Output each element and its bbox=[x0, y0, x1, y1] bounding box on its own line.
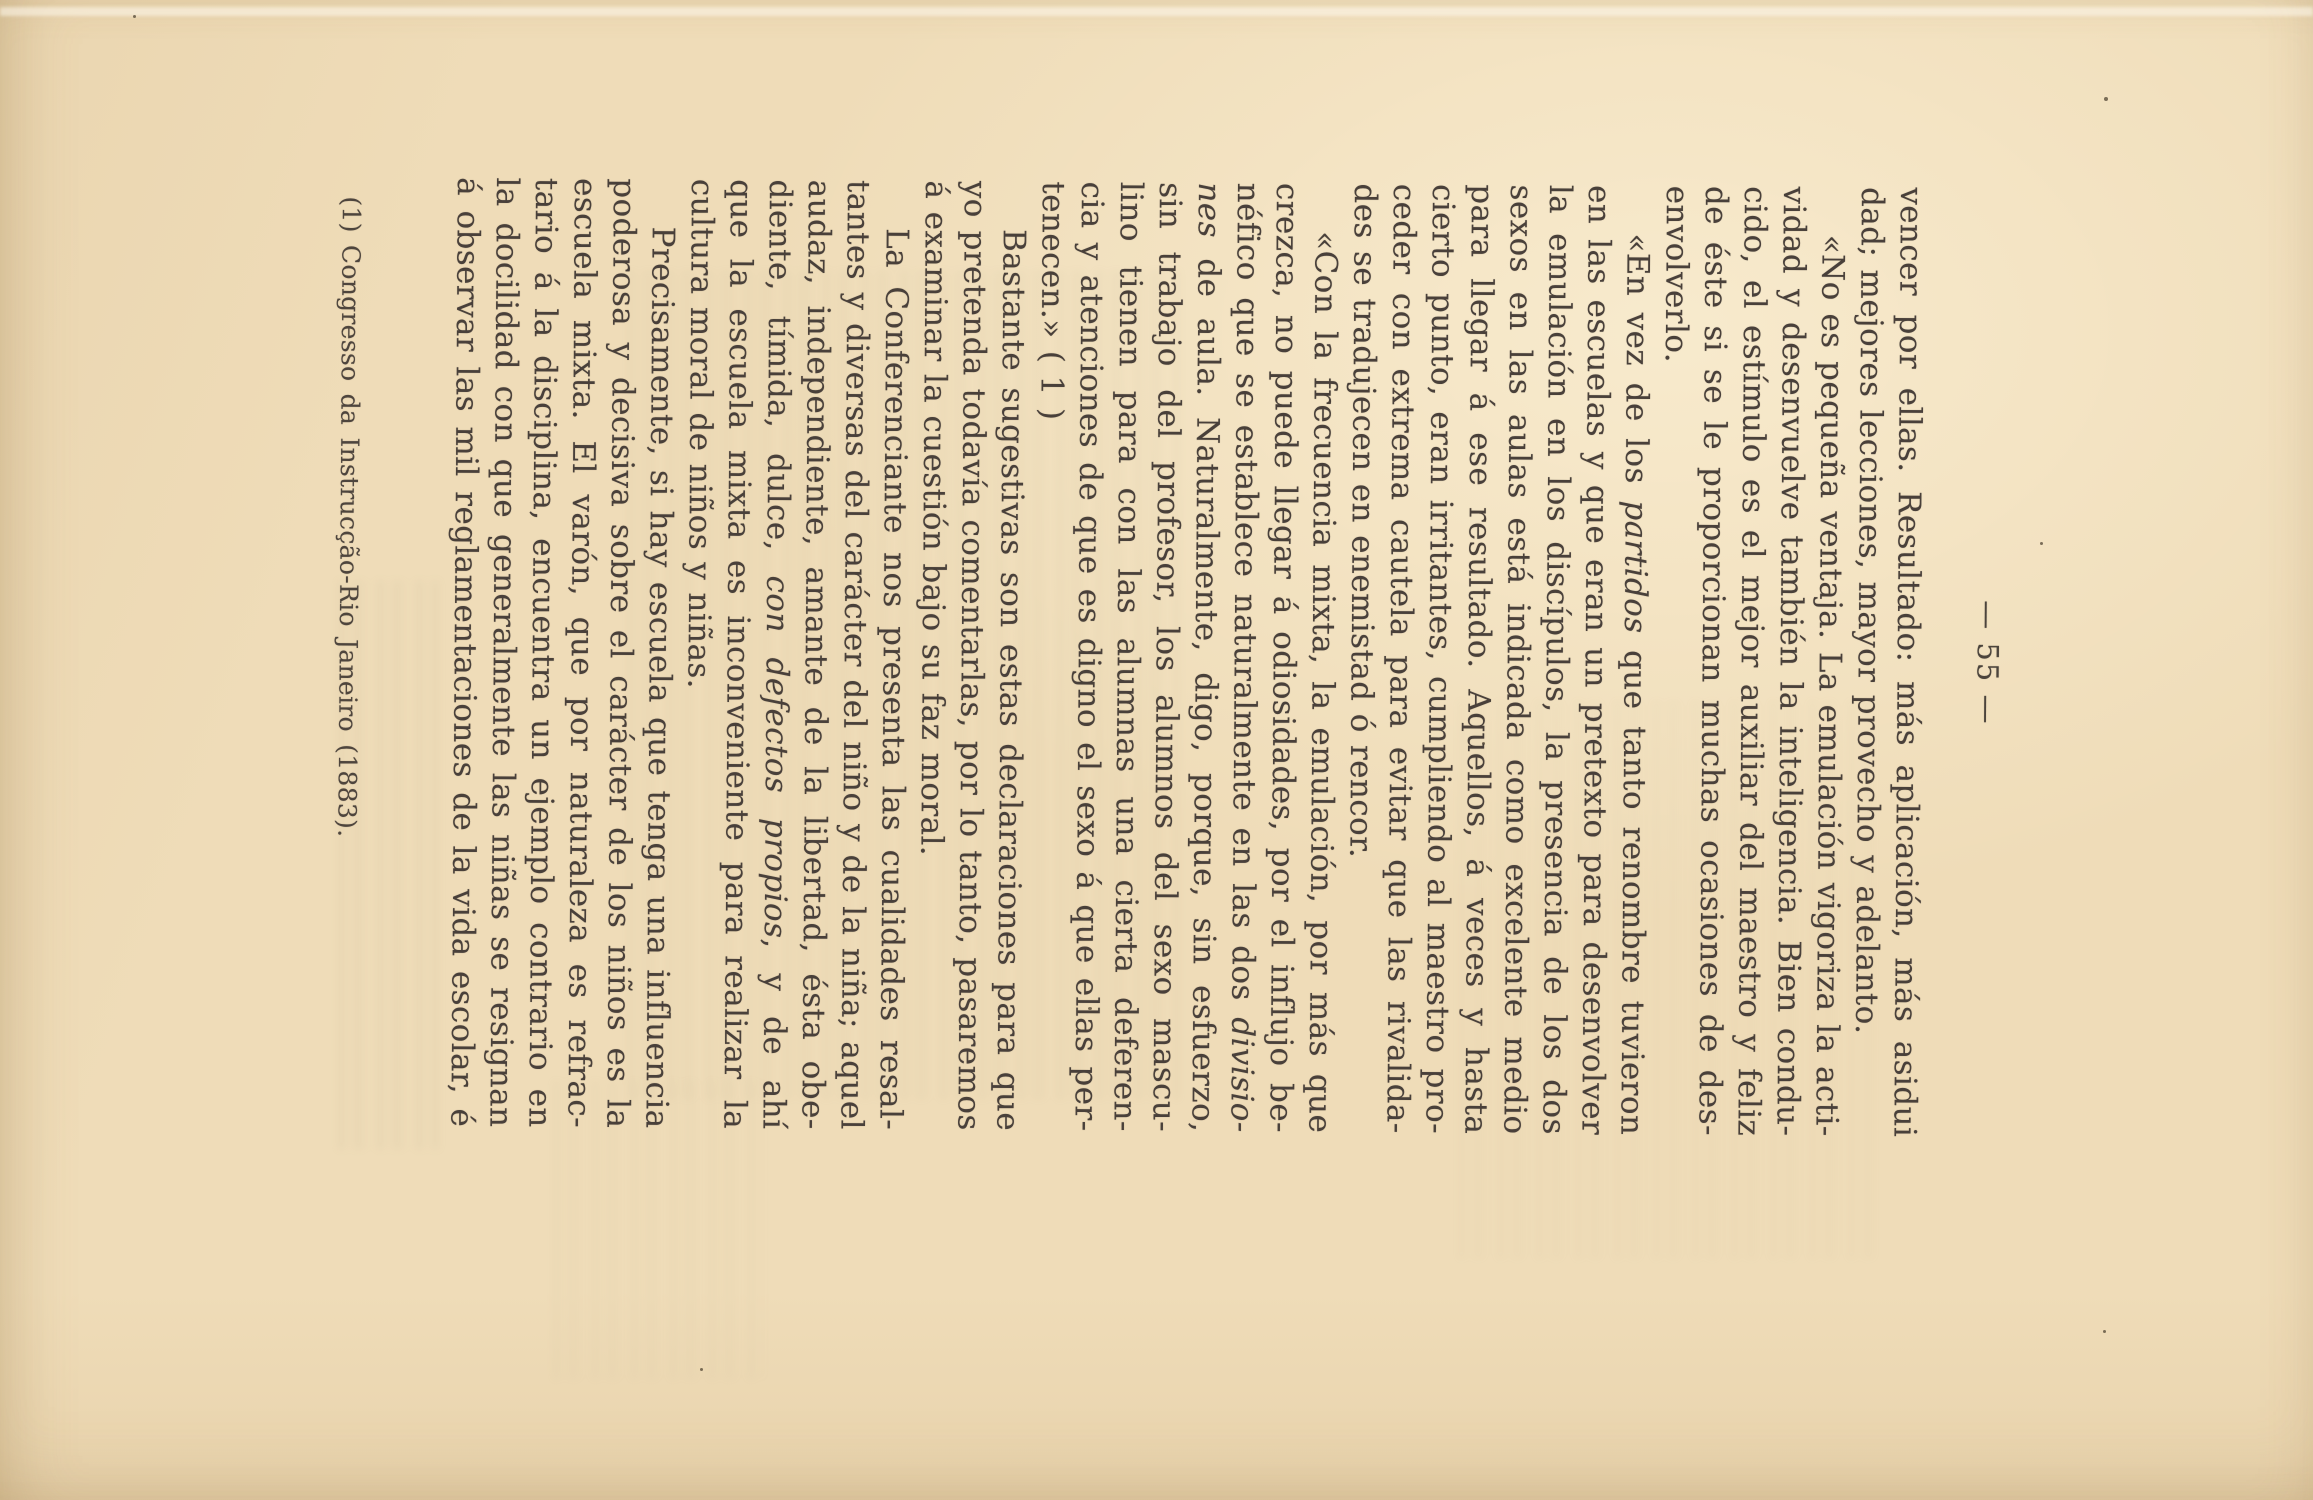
text-line: «En vez de los partidos que tanto renomb… bbox=[1611, 185, 1657, 1135]
scanned-book-page: { "colors": { "paper": "#efdcb8", "ink":… bbox=[0, 0, 2313, 1500]
text-line: sexos en las aulas está indicada como ex… bbox=[1494, 184, 1540, 1134]
paper-speck bbox=[133, 15, 136, 18]
text-line: que la escuela mixta es inconveniente pa… bbox=[714, 179, 760, 1129]
paper-speck bbox=[2040, 542, 2043, 545]
text-line: en las escuelas y que eran un pretexto p… bbox=[1572, 185, 1618, 1135]
text-line: la docilidad con que generalmente las ni… bbox=[480, 177, 526, 1127]
paper-speck bbox=[2104, 97, 2108, 101]
text-line: Precisamente, si hay escuela que tenga u… bbox=[636, 178, 682, 1128]
text-line: La Conferenciante nos presenta las cuali… bbox=[870, 180, 916, 1130]
text-line: á examinar la cuestión bajo su faz moral… bbox=[909, 180, 955, 1130]
text-line: Bastante sugestivas son estas declaracio… bbox=[987, 181, 1033, 1131]
text-line: para llegar á ese resultado. Aquellos, á… bbox=[1455, 184, 1501, 1134]
text-line: ceder con extrema cautela para evitar qu… bbox=[1377, 184, 1423, 1134]
text-line: vencer por ellas. Resultado: más aplicac… bbox=[1884, 187, 1930, 1137]
page-number-header: — 55 — bbox=[1964, 188, 2010, 1138]
text-line: tario á la disciplina, encuentra un ejem… bbox=[519, 178, 565, 1128]
text-line: néfico que se establece naturalmente en … bbox=[1221, 183, 1267, 1133]
text-line: poderosa y decisiva sobre el carácter de… bbox=[597, 178, 643, 1128]
rotated-text-block: — 55 — vencer por ellas. Resultado: más … bbox=[329, 176, 2010, 1138]
text-line: de éste si se le proporcionan muchas oca… bbox=[1689, 186, 1735, 1136]
text-line: des se tradujecen en enemistad ó rencor. bbox=[1338, 183, 1384, 1133]
text-line: audaz, independiente, amante de la liber… bbox=[792, 180, 838, 1130]
text-line: lino tienen para con las alumnas una cie… bbox=[1104, 182, 1150, 1132]
text-line: tenecen.» ( 1 ) bbox=[1026, 181, 1072, 1131]
text-line: cultura moral de niños y niñas. bbox=[675, 179, 721, 1129]
text-line: diente, tímida, dulce, con defectos prop… bbox=[753, 179, 799, 1129]
text-line: la emulación en los discípulos, la prese… bbox=[1533, 185, 1579, 1135]
text-line: dad; mejores lecciones, mayor provecho y… bbox=[1845, 187, 1891, 1137]
text-line: cierto punto, eran irritantes, cumpliend… bbox=[1416, 184, 1462, 1134]
text-line: nes de aula. Naturalmente, digo, porque,… bbox=[1182, 182, 1228, 1132]
scan-edge-streak bbox=[0, 7, 2313, 16]
text-line: crezca, no puede llegar á odiosidades, p… bbox=[1260, 183, 1306, 1133]
text-line: escuela mixta. El varón, que por natural… bbox=[558, 178, 604, 1128]
text-line: sin trabajo del profesor, los alumnos de… bbox=[1143, 182, 1189, 1132]
body-text: vencer por ellas. Resultado: más aplicac… bbox=[441, 177, 1930, 1137]
text-line: cia y atenciones de que es digno el sexo… bbox=[1065, 181, 1111, 1131]
paper-speck bbox=[700, 1368, 703, 1371]
text-line: «Con la frecuencia mixta, la emulación, … bbox=[1299, 183, 1345, 1133]
text-line: tantes y diversas del carácter del niño … bbox=[831, 180, 877, 1130]
text-line: cido, el estímulo es el mejor auxiliar d… bbox=[1728, 186, 1774, 1136]
text-line: vidad y desenvuelve también la inteligen… bbox=[1767, 186, 1813, 1136]
text-line: «No es pequeña ventaja. La emulación vig… bbox=[1806, 187, 1852, 1137]
paper-speck bbox=[2103, 1330, 2106, 1333]
footnote: (1) Congresso da Instrucção-Rio Janeiro … bbox=[329, 176, 366, 1126]
text-line: envolverlo. bbox=[1650, 186, 1696, 1136]
text-line: yo pretenda todavía comentarlas, por lo … bbox=[948, 181, 994, 1131]
text-line: á observar las mil reglamentaciones de l… bbox=[441, 177, 487, 1127]
